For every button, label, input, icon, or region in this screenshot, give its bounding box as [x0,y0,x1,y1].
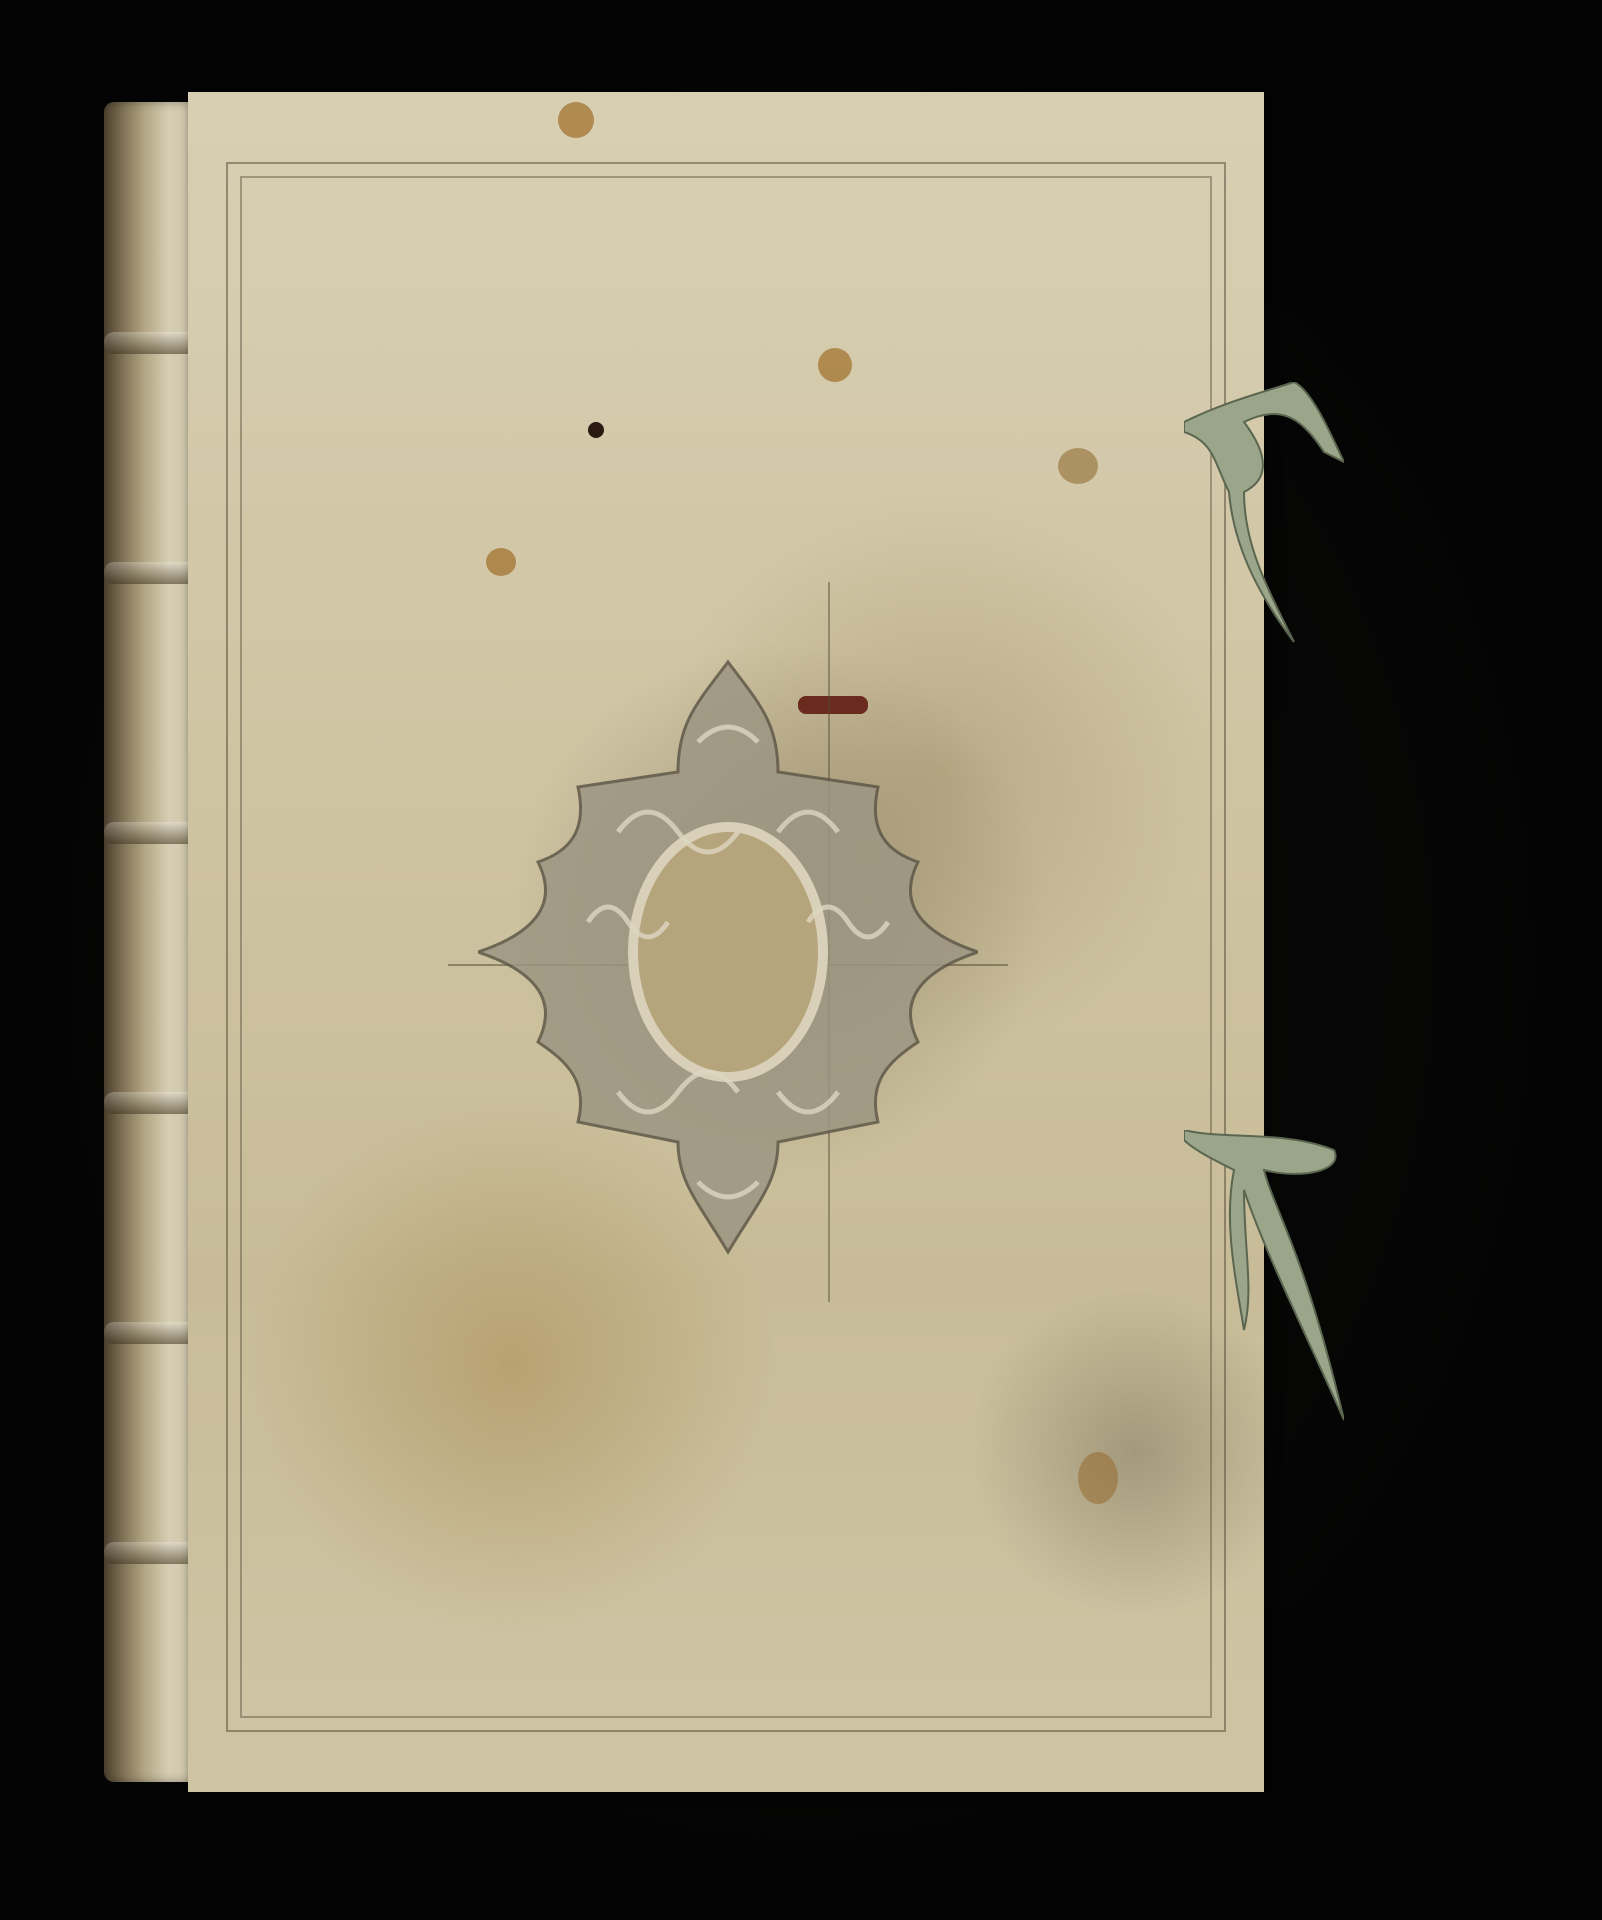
stain [1078,1452,1118,1504]
spine-band [104,1542,196,1564]
stain [486,548,516,576]
spine-band [104,562,196,584]
spine-band [104,1322,196,1344]
stain [818,348,852,382]
spine-band [104,332,196,354]
ribbon-tie-lower [1184,1130,1344,1430]
spine-band [104,822,196,844]
ribbon-tie-upper [1184,382,1344,662]
engraved-cartouche-ornament [478,592,978,1322]
stain [558,102,594,138]
stain [1058,448,1098,484]
stain [588,422,604,438]
photo-background [0,0,1602,1920]
book-spine [104,102,196,1782]
spine-band [104,1092,196,1114]
front-cover [188,92,1264,1792]
book [104,92,1264,1792]
